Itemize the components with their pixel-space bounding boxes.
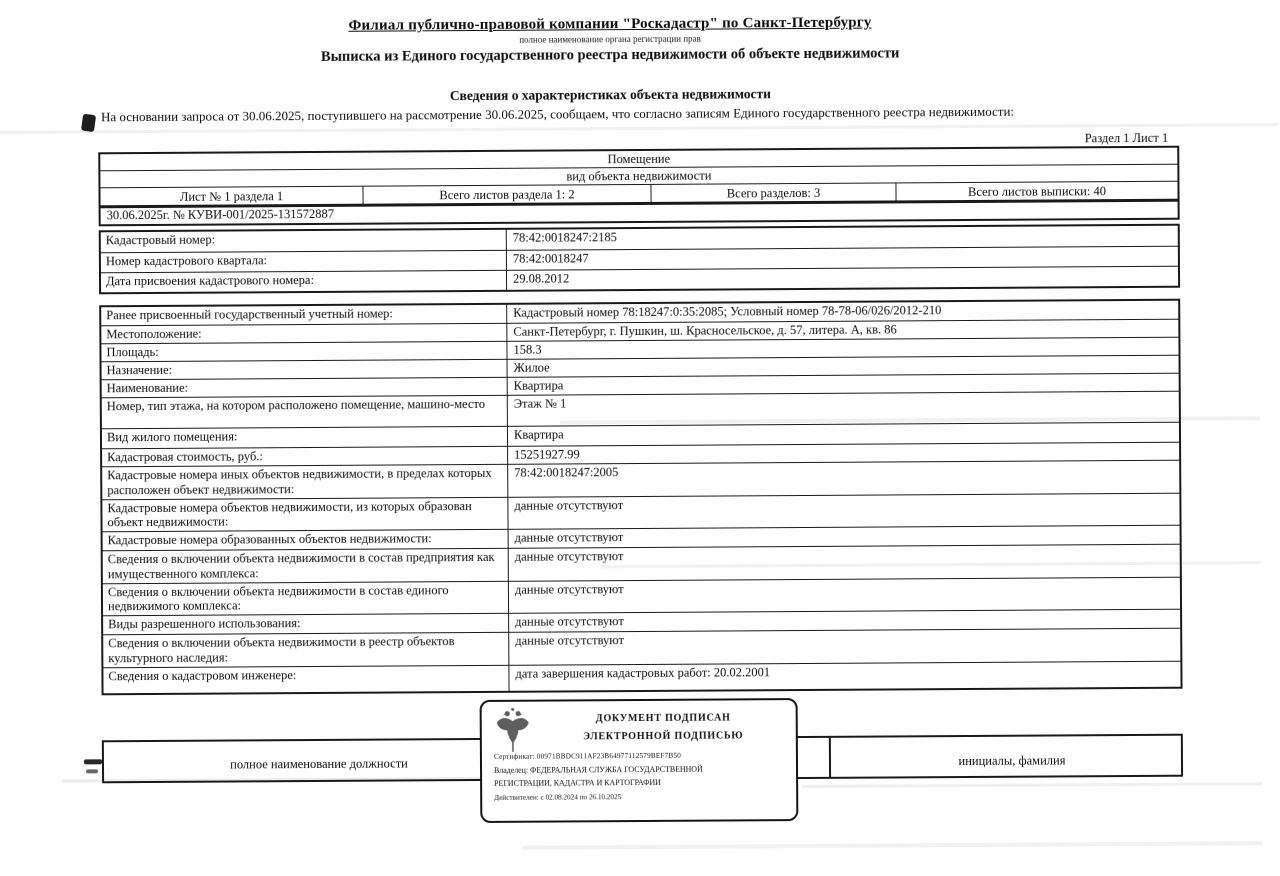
row-label: Номер кадастрового квартала: [101,251,506,272]
row-label: Виды разрешенного использования: [103,614,508,634]
table-row: Кадастровые номера объектов недвижимости… [102,492,1179,531]
scan-streak [522,841,1262,850]
row-label: Сведения о кадастровом инженере: [103,665,508,692]
row-label: Сведения о включении объекта недвижимост… [103,549,508,583]
stamp-certificate: Сертификат: 00971BBDC911AF23B64977112579… [494,752,681,761]
row-value: данные отсутствуют [507,493,1179,529]
row-label: Ранее присвоенный государственный учетны… [101,305,506,325]
row-label: Кадастровая стоимость, руб.: [102,447,507,466]
esign-stamp: ДОКУМЕНТ ПОДПИСАН ЭЛЕКТРОННОЙ ПОДПИСЬЮ С… [480,698,799,823]
row-label: Назначение: [102,360,507,379]
table-row: Сведения о включении объекта недвижимост… [103,576,1180,615]
row-value: данные отсутствуют [508,545,1180,581]
section-sheet-label: Раздел 1 Лист 1 [898,131,1168,148]
document-header: Филиал публично-правовой компании "Роска… [32,13,1187,68]
document-body: Филиал публично-правовой компании "Роска… [0,0,1280,876]
row-label: Сведения о включении объекта недвижимост… [103,581,508,615]
row-value: 29.08.2012 [506,267,1178,290]
table-row: Номер, тип этажа, на котором расположено… [102,391,1179,429]
row-value: дата завершения кадастровых работ: 20.02… [508,661,1180,690]
scanned-document-page: Филиал публично-правовой компании "Роска… [0,0,1280,876]
table-row: Сведения о включении объекта недвижимост… [103,544,1180,583]
details-table: Ранее присвоенный государственный учетны… [99,299,1182,695]
table-row: Кадастровые номера иных объектов недвижи… [102,460,1179,499]
cadastral-number-table: Кадастровый номер: 78:42:0018247:2185 Но… [99,224,1180,295]
signature-divider [829,738,831,777]
row-value: Этаж № 1 [507,392,1179,426]
row-label: Вид жилого помещения: [102,427,507,448]
row-label: Номер, тип этажа, на котором расположено… [102,396,507,428]
coat-of-arms-icon [495,707,531,753]
row-label: Кадастровые номера образованных объектов… [103,530,508,550]
row-label: Кадастровые номера объектов недвижимости… [102,497,507,531]
signature-left-caption: полное наименование должности [104,756,534,774]
scan-artifact-dash [86,769,98,773]
row-value: данные отсутствуют [508,577,1180,613]
row-value: 78:42:0018247:2185 [506,226,1178,250]
scan-artifact-blob [81,114,96,133]
stamp-line2: ЭЛЕКТРОННОЙ ПОДПИСЬЮ [537,730,790,743]
signature-right-caption: инициалы, фамилия [842,753,1182,770]
stamp-owner-line1: Владелец: ФЕДЕРАЛЬНАЯ СЛУЖБА ГОСУДАРСТВЕ… [494,765,703,775]
row-value: 78:42:0018247:2005 [507,461,1179,497]
stamp-line1: ДОКУМЕНТ ПОДПИСАН [537,712,790,725]
row-label: Наименование: [102,378,507,397]
row-label: Дата присвоения кадастрового номера: [101,271,506,292]
table-row: Сведения о включении объекта недвижимост… [103,628,1180,667]
row-value: данные отсутствуют [508,629,1180,665]
document-title: Выписка из Единого государственного реес… [33,44,1188,68]
row-label: Кадастровые номера иных объектов недвижи… [102,465,507,499]
request-line: На основании запроса от 30.06.2025, пост… [101,103,1186,126]
row-label: Площадь: [101,342,506,361]
row-label: Сведения о включении объекта недвижимост… [103,633,508,667]
row-label: Местоположение: [101,324,506,343]
row-label: Кадастровый номер: [101,230,506,252]
stamp-owner-line2: РЕГИСТРАЦИИ, КАДАСТРА И КАРТОГРАФИИ [494,778,661,788]
stamp-validity: Действителен: с 02.08.2024 по 26.10.2025 [494,793,621,802]
scan-artifact-dash [84,759,102,764]
scan-streak [802,782,1262,788]
